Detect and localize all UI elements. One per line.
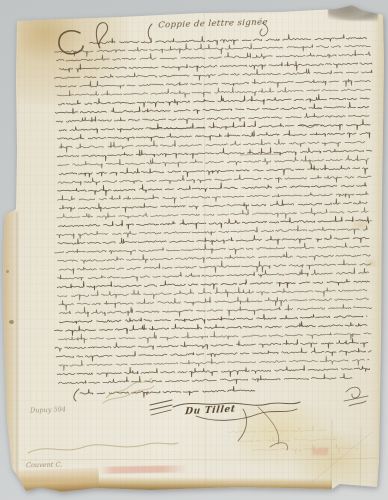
handwriting-body [0,0,388,500]
photo-background: Coppie de lettre signée Du Tillet Dupuy … [0,0,388,500]
manuscript-sheet: Coppie de lettre signée Du Tillet Dupuy … [0,0,388,500]
ink-annotation: Couvent C. [26,461,62,470]
paper-surface: Coppie de lettre signée Du Tillet Dupuy … [0,0,388,500]
pencil-annotation: Dupuy 594 [30,405,66,414]
